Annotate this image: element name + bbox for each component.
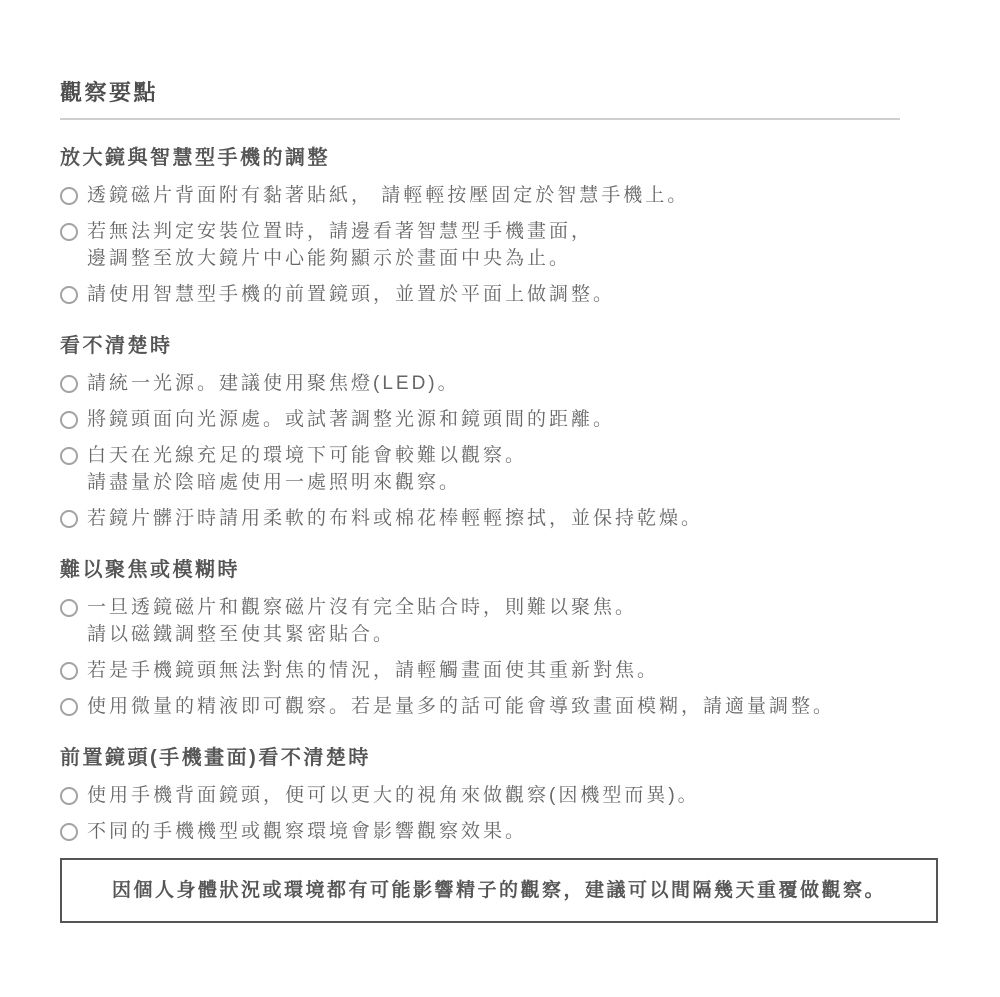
section-hard-to-focus: 難以聚焦或模糊時 一旦透鏡磁片和觀察磁片沒有完全貼合時，則難以聚焦。 請以磁鐵調… [60, 556, 940, 720]
text-line: 一旦透鏡磁片和觀察磁片沒有完全貼合時，則難以聚焦。 [87, 594, 637, 621]
circle-bullet-icon [60, 187, 78, 205]
text-line: 若無法判定安裝位置時，請邊看著智慧型手機畫面， [87, 218, 593, 245]
section-magnifier-adjustment: 放大鏡與智慧型手機的調整 透鏡磁片背面附有黏著貼紙， 請輕輕按壓固定於智慧手機上… [60, 144, 940, 308]
text-line: 請盡量於陰暗處使用一處照明來觀察。 [87, 469, 527, 496]
bullet-list: 一旦透鏡磁片和觀察磁片沒有完全貼合時，則難以聚焦。 請以磁鐵調整至使其緊密貼合。… [60, 594, 940, 720]
circle-bullet-icon [60, 787, 78, 805]
list-item: 使用手機背面鏡頭，便可以更大的視角來做觀察(因機型而異)。 [60, 782, 940, 809]
notice-text: 因個人身體狀況或環境都有可能影響精子的觀察，建議可以間隔幾天重覆做觀察。 [112, 877, 886, 904]
list-item: 白天在光線充足的環境下可能會較難以觀察。 請盡量於陰暗處使用一處照明來觀察。 [60, 442, 940, 496]
list-item: 使用微量的精液即可觀察。若是量多的話可能會導致畫面模糊，請適量調整。 [60, 693, 940, 720]
text-line: 不同的手機機型或觀察環境會影響觀察效果。 [87, 818, 527, 845]
circle-bullet-icon [60, 375, 78, 393]
text-line: 請統一光源。建議使用聚焦燈(LED)。 [87, 370, 460, 397]
text-line: 透鏡磁片背面附有黏著貼紙， 請輕輕按壓固定於智慧手機上。 [87, 182, 689, 209]
list-item-text: 若無法判定安裝位置時，請邊看著智慧型手機畫面， 邊調整至放大鏡片中心能夠顯示於畫… [87, 218, 593, 272]
section-heading: 前置鏡頭(手機畫面)看不清楚時 [60, 744, 940, 772]
page-title: 觀察要點 [60, 78, 940, 108]
bullet-list: 透鏡磁片背面附有黏著貼紙， 請輕輕按壓固定於智慧手機上。 若無法判定安裝位置時，… [60, 182, 940, 308]
section-heading: 放大鏡與智慧型手機的調整 [60, 144, 940, 172]
list-item: 請統一光源。建議使用聚焦燈(LED)。 [60, 370, 940, 397]
list-item-text: 一旦透鏡磁片和觀察磁片沒有完全貼合時，則難以聚焦。 請以磁鐵調整至使其緊密貼合。 [87, 594, 637, 648]
circle-bullet-icon [60, 411, 78, 429]
list-item-text: 使用微量的精液即可觀察。若是量多的話可能會導致畫面模糊，請適量調整。 [87, 693, 835, 720]
list-item: 請使用智慧型手機的前置鏡頭，並置於平面上做調整。 [60, 281, 940, 308]
circle-bullet-icon [60, 447, 78, 465]
document-page: 觀察要點 放大鏡與智慧型手機的調整 透鏡磁片背面附有黏著貼紙， 請輕輕按壓固定於… [0, 0, 1000, 997]
section-front-camera-unclear: 前置鏡頭(手機畫面)看不清楚時 使用手機背面鏡頭，便可以更大的視角來做觀察(因機… [60, 744, 940, 845]
section-heading: 看不清楚時 [60, 332, 940, 360]
text-line: 請使用智慧型手機的前置鏡頭，並置於平面上做調整。 [87, 281, 615, 308]
list-item-text: 透鏡磁片背面附有黏著貼紙， 請輕輕按壓固定於智慧手機上。 [87, 182, 689, 209]
list-item: 將鏡頭面向光源處。或試著調整光源和鏡頭間的距離。 [60, 406, 940, 433]
bullet-list: 使用手機背面鏡頭，便可以更大的視角來做觀察(因機型而異)。 不同的手機機型或觀察… [60, 782, 940, 845]
section-cannot-see-clearly: 看不清楚時 請統一光源。建議使用聚焦燈(LED)。 將鏡頭面向光源處。或試著調整… [60, 332, 940, 532]
circle-bullet-icon [60, 662, 78, 680]
section-heading: 難以聚焦或模糊時 [60, 556, 940, 584]
circle-bullet-icon [60, 823, 78, 841]
text-line: 將鏡頭面向光源處。或試著調整光源和鏡頭間的距離。 [87, 406, 615, 433]
list-item: 一旦透鏡磁片和觀察磁片沒有完全貼合時，則難以聚焦。 請以磁鐵調整至使其緊密貼合。 [60, 594, 940, 648]
text-line: 邊調整至放大鏡片中心能夠顯示於畫面中央為止。 [87, 245, 593, 272]
list-item: 若無法判定安裝位置時，請邊看著智慧型手機畫面， 邊調整至放大鏡片中心能夠顯示於畫… [60, 218, 940, 272]
text-line: 白天在光線充足的環境下可能會較難以觀察。 [87, 442, 527, 469]
list-item: 若是手機鏡頭無法對焦的情況，請輕觸畫面使其重新對焦。 [60, 657, 940, 684]
list-item-text: 將鏡頭面向光源處。或試著調整光源和鏡頭間的距離。 [87, 406, 615, 433]
circle-bullet-icon [60, 286, 78, 304]
text-line: 若鏡片髒汙時請用柔軟的布料或棉花棒輕輕擦拭，並保持乾燥。 [87, 505, 703, 532]
list-item: 透鏡磁片背面附有黏著貼紙， 請輕輕按壓固定於智慧手機上。 [60, 182, 940, 209]
list-item: 不同的手機機型或觀察環境會影響觀察效果。 [60, 818, 940, 845]
list-item-text: 白天在光線充足的環境下可能會較難以觀察。 請盡量於陰暗處使用一處照明來觀察。 [87, 442, 527, 496]
text-line: 使用微量的精液即可觀察。若是量多的話可能會導致畫面模糊，請適量調整。 [87, 693, 835, 720]
circle-bullet-icon [60, 223, 78, 241]
list-item-text: 若鏡片髒汙時請用柔軟的布料或棉花棒輕輕擦拭，並保持乾燥。 [87, 505, 703, 532]
list-item-text: 不同的手機機型或觀察環境會影響觀察效果。 [87, 818, 527, 845]
list-item-text: 使用手機背面鏡頭，便可以更大的視角來做觀察(因機型而異)。 [87, 782, 700, 809]
text-line: 若是手機鏡頭無法對焦的情況，請輕觸畫面使其重新對焦。 [87, 657, 659, 684]
list-item-text: 請統一光源。建議使用聚焦燈(LED)。 [87, 370, 460, 397]
text-line: 使用手機背面鏡頭，便可以更大的視角來做觀察(因機型而異)。 [87, 782, 700, 809]
bullet-list: 請統一光源。建議使用聚焦燈(LED)。 將鏡頭面向光源處。或試著調整光源和鏡頭間… [60, 370, 940, 532]
list-item-text: 若是手機鏡頭無法對焦的情況，請輕觸畫面使其重新對焦。 [87, 657, 659, 684]
list-item-text: 請使用智慧型手機的前置鏡頭，並置於平面上做調整。 [87, 281, 615, 308]
text-line: 請以磁鐵調整至使其緊密貼合。 [87, 621, 637, 648]
circle-bullet-icon [60, 599, 78, 617]
circle-bullet-icon [60, 698, 78, 716]
notice-box: 因個人身體狀況或環境都有可能影響精子的觀察，建議可以間隔幾天重覆做觀察。 [60, 858, 938, 923]
list-item: 若鏡片髒汙時請用柔軟的布料或棉花棒輕輕擦拭，並保持乾燥。 [60, 505, 940, 532]
title-divider [60, 118, 900, 120]
circle-bullet-icon [60, 510, 78, 528]
